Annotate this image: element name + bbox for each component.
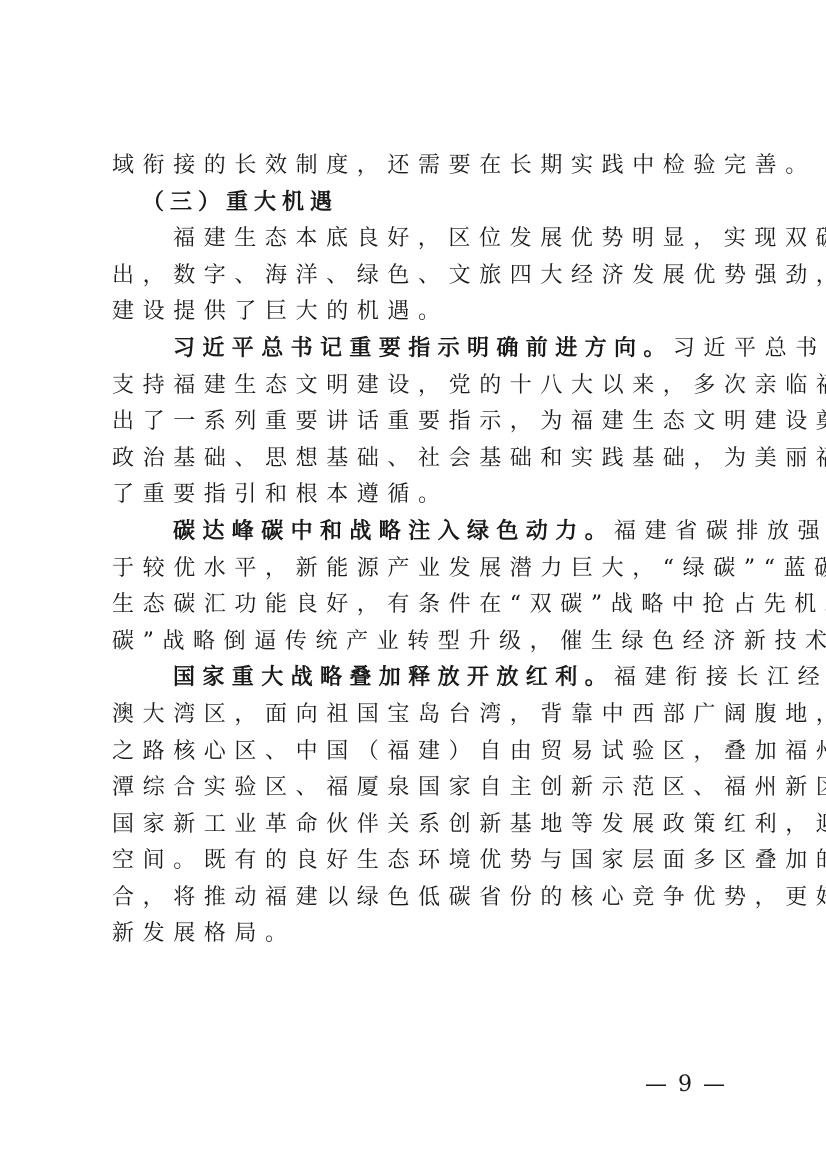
paragraph-line: 碳”战略倒逼传统产业转型升级，催生绿色经济新技术新业态。 xyxy=(112,624,732,661)
paragraph-text: 习近平总书记始终关心 xyxy=(673,336,826,361)
paragraph-text: 福建省碳排放强度在全国处 xyxy=(614,519,826,544)
paragraph-line: 澳大湾区，面向祖国宝岛台湾，背靠中西部广阔腹地，是海上丝绸 xyxy=(112,697,732,734)
paragraph-line: 潭综合实验区、福厦泉国家自主创新示范区、福州新区、厦门金砖 xyxy=(112,770,732,807)
bold-lead-sentence: 习近平总书记重要指示明确前进方向。 xyxy=(173,336,673,361)
bold-lead-sentence: 碳达峰碳中和战略注入绿色动力。 xyxy=(173,519,614,544)
page-number: — 9 — xyxy=(645,1072,727,1097)
paragraph-line: 政治基础、思想基础、社会基础和实践基础，为美丽福建建设提供 xyxy=(112,441,732,478)
paragraph-line: 出了一系列重要讲话重要指示，为福建生态文明建设奠定了坚实的 xyxy=(112,404,732,441)
paragraph-line: 于较优水平，新能源产业发展潜力巨大，“绿碳”“蓝碳”资源丰富， xyxy=(112,551,732,588)
section-heading: （三）重大机遇 xyxy=(112,185,732,222)
paragraph-line: 福建生态本底良好，区位发展优势明显，实现双碳目标优势突 xyxy=(112,221,732,258)
paragraph-line: 生态碳汇功能良好，有条件在“双碳”战略中抢占先机。落实“双 xyxy=(112,587,732,624)
paragraph-line: 之路核心区、中国（福建）自由贸易试验区，叠加福州都市圈、平 xyxy=(112,734,732,771)
paragraph-line: 碳达峰碳中和战略注入绿色动力。福建省碳排放强度在全国处 xyxy=(112,514,732,551)
paragraph-line: 出，数字、海洋、绿色、文旅四大经济发展优势强劲，为美丽福建 xyxy=(112,258,732,295)
paragraph-line: 合，将推动福建以绿色低碳省份的核心竞争优势，更好服务和融入 xyxy=(112,880,732,917)
bold-lead-sentence: 国家重大战略叠加释放开放红利。 xyxy=(173,665,614,690)
paragraph-line: 新发展格局。 xyxy=(112,916,732,953)
paragraph-line: 国家重大战略叠加释放开放红利。福建衔接长江经济带与粤港 xyxy=(112,660,732,697)
document-page: 域衔接的长效制度，还需要在长期实践中检验完善。 （三）重大机遇 福建生态本底良好… xyxy=(112,148,732,953)
paragraph-line: 建设提供了巨大的机遇。 xyxy=(112,294,732,331)
paragraph-line: 域衔接的长效制度，还需要在长期实践中检验完善。 xyxy=(112,148,732,185)
paragraph-line: 习近平总书记重要指示明确前进方向。习近平总书记始终关心 xyxy=(112,331,732,368)
paragraph-text: 福建衔接长江经济带与粤港 xyxy=(614,665,826,690)
paragraph-line: 国家新工业革命伙伴关系创新基地等发展政策红利，迎来更大发展 xyxy=(112,807,732,844)
paragraph-line: 支持福建生态文明建设，党的十八大以来，多次亲临福建考察，作 xyxy=(112,368,732,405)
paragraph-line: 空间。既有的良好生态环境优势与国家层面多区叠加的政策优势融 xyxy=(112,843,732,880)
paragraph-line: 了重要指引和根本遵循。 xyxy=(112,477,732,514)
